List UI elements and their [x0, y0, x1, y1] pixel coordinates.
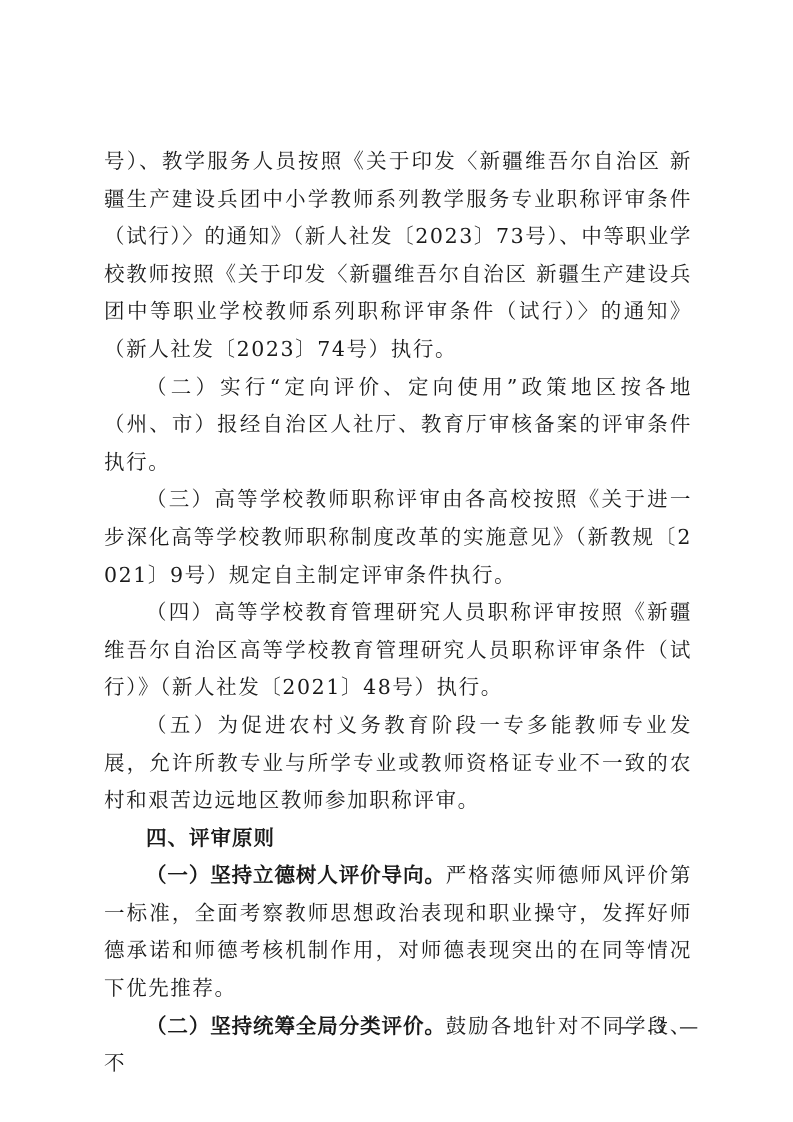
principle-1-lead: （一）坚持立德树人评价导向。 — [146, 863, 446, 887]
section-heading: 四、评审原则 — [104, 820, 692, 858]
paragraph-item-3: （三）高等学校教师职称评审由各高校按照《关于进一步深化高等学校教师职称制度改革的… — [104, 481, 692, 594]
page-number: — 3 — — [620, 1016, 702, 1038]
document-page: 号）、教学服务人员按照《关于印发〈新疆维吾尔自治区 新疆生产建设兵团中小学教师系… — [104, 143, 692, 1083]
principle-2: （二）坚持统筹全局分类评价。鼓励各地针对不同学段、不 — [104, 1008, 692, 1083]
paragraph-continuation: 号）、教学服务人员按照《关于印发〈新疆维吾尔自治区 新疆生产建设兵团中小学教师系… — [104, 143, 692, 369]
principle-1: （一）坚持立德树人评价导向。严格落实师德师风评价第一标准，全面考察教师思想政治表… — [104, 857, 692, 1007]
paragraph-item-2: （二）实行“定向评价、定向使用”政策地区按各地（州、市）报经自治区人社厅、教育厅… — [104, 369, 692, 482]
paragraph-item-5: （五）为促进农村义务教育阶段一专多能教师专业发展，允许所教专业与所学专业或教师资… — [104, 707, 692, 820]
paragraph-item-4: （四）高等学校教育管理研究人员职称评审按照《新疆维吾尔自治区高等学校教育管理研究… — [104, 594, 692, 707]
principle-2-lead: （二）坚持统筹全局分类评价。 — [146, 1014, 446, 1038]
